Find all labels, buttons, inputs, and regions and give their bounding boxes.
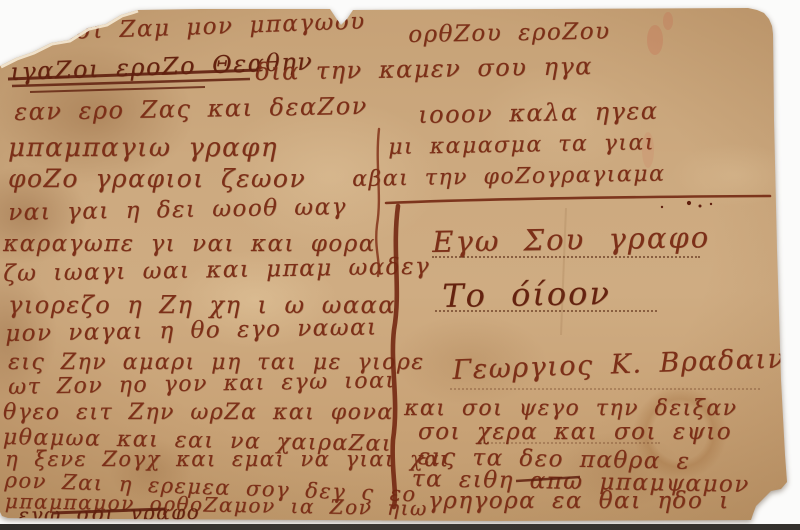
address-dotted-line [480,442,660,444]
handwritten-line: ορθΖου εροΖου [408,20,611,47]
handwritten-line: ωτ Ζον ηο γον και εγω ιοαι [8,370,396,399]
handwritten-line: δια την καμεν σου ηγα [255,54,593,84]
ink-dot [687,201,691,205]
handwritten-line: γ ισι Ζαμ μον μπαγωου [34,10,366,45]
postcard-paper: γ ισι Ζαμ μον μπαγωου ορθΖου εροΖου ιγαΖ… [0,0,800,530]
handwritten-line: εαν ερο Ζας και δεαΖον [14,94,368,124]
scan-background: γ ισι Ζαμ μον μπαγωου ορθΖου εροΖου ιγαΖ… [0,0,800,530]
message-line: Το όίοον [442,277,611,312]
closing-line: σοι χερα και σοι εψιο [418,421,732,444]
handwritten-line: ιοοον καλα ηγεα [418,99,659,127]
handwritten-line: η ξενε Ζογχ και εμαι να γιαι χαι [5,449,450,470]
closing-line: γρηγορα εα θαι ηδο ι [428,490,730,513]
strikethrough-stroke [30,87,205,92]
handwritten-line: μον ναγαι η θο εγο ναωαι [5,317,378,346]
signature: Γεωργιος Κ. Βραδαινη [452,345,800,384]
divider-line-ink [386,196,770,203]
address-dotted-line [432,256,700,258]
handwritten-line: μι καμασμα τα γιαι [388,132,655,159]
handwritten-line-struck: εγω σοι γραφο [18,502,200,525]
handwritten-line: φοΖο γραφιοι ζεωον [8,166,306,191]
handwritten-line: μπαμπαγιω γραφη [8,135,278,161]
ink-dot [699,205,702,208]
postcard: γ ισι Ζαμ μον μπαγωου ορθΖου εροΖου ιγαΖ… [0,0,800,530]
handwritten-line: γιορεζο η Ζη χη ι ω ωααα [8,293,396,317]
closing-line: και σοι ψεγο την δειξαν [404,398,737,420]
address-dotted-line [450,388,760,390]
handwritten-line: ναι γαι η δει ωοοθ ωαγ [8,196,347,225]
ink-dot [661,206,663,208]
handwritten-line: καραγωπε γι ναι και φορα [3,233,376,256]
handwritten-line: αβαι την φοΖογραγιαμα [352,164,666,191]
red-smudge [663,12,673,30]
handwritten-line: ζω ιωαγι ωαι και μπαμ ωαδεγ [3,256,430,286]
message-line: Εγω Σου γραφο [432,223,710,257]
ink-dot [710,203,712,205]
handwritten-line: θγεο ειτ Ζην ωρΖα και φονα [3,402,394,424]
scanner-edge-strip [0,524,800,530]
address-dotted-line [435,310,657,312]
red-smudge [647,25,663,55]
